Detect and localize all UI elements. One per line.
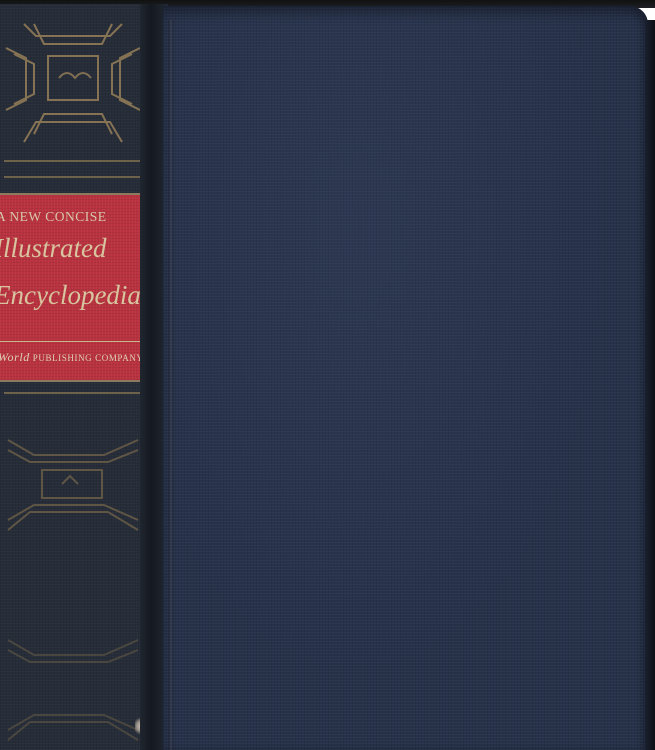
- spine-title-label: A NEW CONCISE Illustrated Encyclopedia W…: [0, 193, 143, 382]
- spine-band: [4, 160, 140, 162]
- cover-hinge-groove: [168, 20, 174, 750]
- cover-right-edge: [645, 20, 655, 750]
- spine-band: [4, 392, 140, 394]
- title-line-2: Illustrated: [0, 233, 107, 264]
- front-cover: [163, 6, 648, 750]
- spine-ornament-top: [4, 14, 142, 154]
- publisher-prefix: World: [0, 350, 30, 364]
- spine-ornament-bottom: [4, 610, 142, 750]
- book-photo: A NEW CONCISE Illustrated Encyclopedia W…: [0, 0, 655, 750]
- spine-band: [4, 176, 140, 178]
- title-line-1: A NEW CONCISE: [0, 209, 143, 225]
- publisher-line: World PUBLISHING COMPANY: [0, 350, 143, 365]
- label-divider: [0, 341, 143, 342]
- publisher-name: PUBLISHING COMPANY: [33, 353, 143, 363]
- spine-ornament-middle: [4, 400, 142, 560]
- title-line-3: Encyclopedia: [0, 280, 141, 311]
